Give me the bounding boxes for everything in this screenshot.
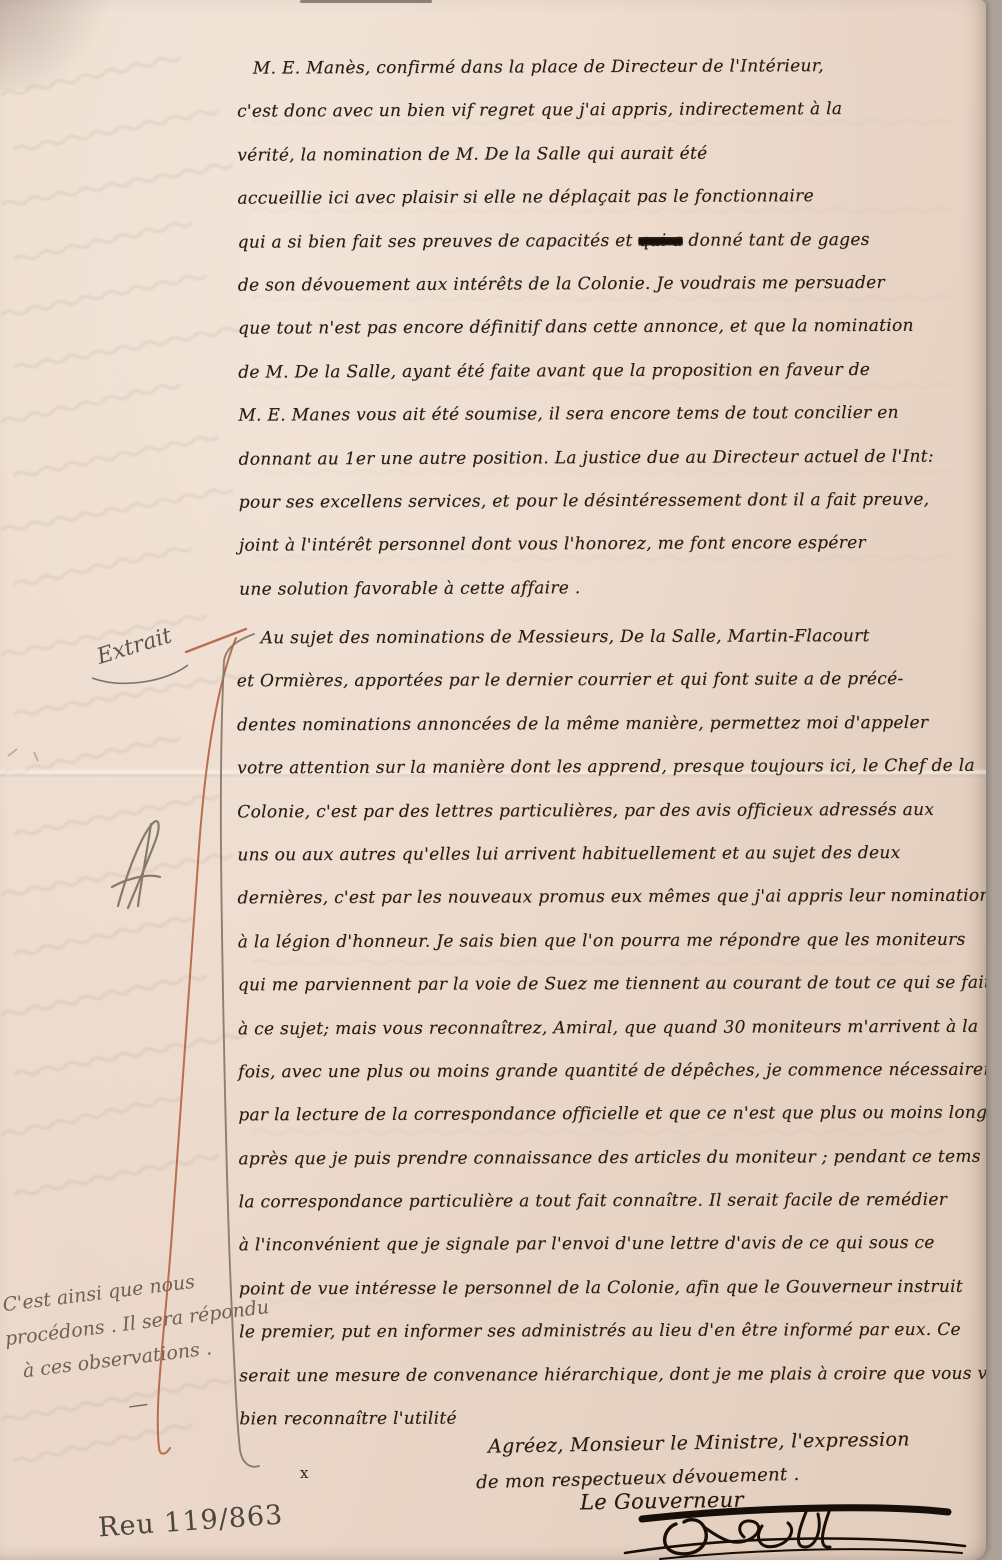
- paragraph-2: Au sujet des nominations de Messieurs, D…: [237, 615, 986, 1442]
- manuscript-line: uns ou aux autres qu'elles lui arrivent …: [237, 832, 986, 878]
- letter-page: M. E. Manès, confirmé dans la place de D…: [0, 0, 986, 1560]
- manuscript-line: dernières, c'est par les nouveaux promus…: [237, 875, 986, 921]
- manuscript-line: de son dévouement aux intérêts de la Col…: [238, 261, 986, 308]
- manuscript-line: point de vue intéresse le personnel de l…: [239, 1266, 986, 1312]
- manuscript-line: à la légion d'honneur. Je sais bien que …: [238, 918, 986, 964]
- margin-note-response: C'est ainsi que nous procédons . Il sera…: [1, 1256, 275, 1389]
- page-top-edge-mark: [300, 0, 432, 3]
- manuscript-line: votre attention sur la manière dont les …: [237, 745, 986, 791]
- margin-note-extrait: Extrait: [94, 623, 175, 669]
- manuscript-line-with-correction: qui a si bien fait ses preuves de capaci…: [238, 218, 986, 265]
- manuscript-line: la correspondance particulière a tout fa…: [239, 1179, 986, 1225]
- manuscript-line: serait une mesure de convenance hiérarch…: [239, 1352, 986, 1398]
- manuscript-scan: M. E. Manès, confirmé dans la place de D…: [0, 0, 1002, 1560]
- manuscript-line: une solution favorable à cette affaire .: [239, 565, 986, 612]
- margin-note-dash: —: [126, 1391, 149, 1418]
- text-after-strike: donné tant de gages: [683, 229, 870, 250]
- manuscript-line: à l'inconvénient que je signale par l'en…: [239, 1222, 986, 1268]
- manuscript-line: par la lecture de la correspondance offi…: [238, 1092, 986, 1138]
- manuscript-line: vérité, la nomination de M. De la Salle …: [237, 131, 986, 178]
- registry-number: Reu 119/863: [97, 1500, 284, 1544]
- manuscript-line: dentes nominations annoncées de la même …: [237, 701, 986, 747]
- manuscript-line: après que je puis prendre connaissance d…: [238, 1135, 986, 1181]
- paraph-mark: [112, 821, 160, 908]
- manuscript-line: à ce sujet; mais vous reconnaîtrez, Amir…: [238, 1005, 986, 1051]
- manuscript-line: Colonie, c'est par des lettres particuli…: [237, 788, 986, 834]
- manuscript-line: le premier, put en informer ses administ…: [239, 1309, 986, 1355]
- manuscript-line: accueillie ici avec plaisir si elle ne d…: [237, 175, 986, 222]
- manuscript-line: M. E. Manès, confirmé dans la place de D…: [237, 44, 986, 91]
- manuscript-line: pour ses excellens services, et pour le …: [239, 478, 986, 525]
- stray-pencil-marks: [8, 749, 38, 761]
- reference-mark: x: [300, 1464, 308, 1482]
- signature-title: Le Gouverneur: [580, 1488, 744, 1515]
- manuscript-line: Au sujet des nominations de Messieurs, D…: [237, 615, 986, 661]
- governor-signature: [625, 1508, 965, 1559]
- manuscript-line: fois, avec une plus ou moins grande quan…: [238, 1049, 986, 1095]
- manuscript-line: de M. De la Salle, ayant été faite avant…: [238, 348, 986, 395]
- manuscript-line: donnant au 1er une autre position. La ju…: [238, 435, 986, 482]
- paragraph-1: M. E. Manès, confirmé dans la place de D…: [237, 44, 986, 611]
- manuscript-line: et Ormières, apportées par le dernier co…: [237, 658, 986, 704]
- struck-out-words: qui a: [638, 230, 682, 250]
- manuscript-line: M. E. Manes vous ait été soumise, il ser…: [238, 391, 986, 438]
- manuscript-line: c'est donc avec un bien vif regret que j…: [237, 88, 986, 135]
- manuscript-line: joint à l'intérêt personnel dont vous l'…: [239, 522, 986, 569]
- text-before-strike: qui a si bien fait ses preuves de capaci…: [238, 230, 639, 252]
- manuscript-line: qui me parviennent par la voie de Suez m…: [238, 962, 986, 1008]
- manuscript-line: que tout n'est pas encore définitif dans…: [238, 305, 986, 352]
